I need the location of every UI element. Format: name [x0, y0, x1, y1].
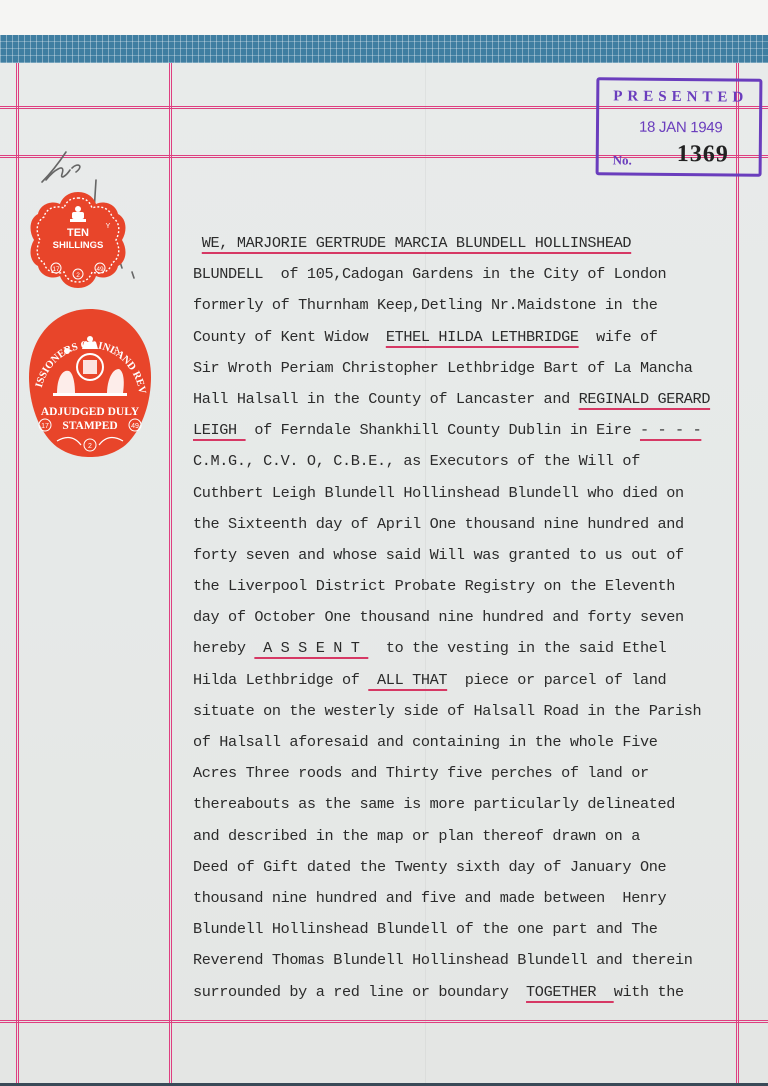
rule-line-left	[16, 63, 19, 1083]
body-line: the Liverpool District Probate Registry …	[193, 571, 738, 602]
body-text-segment: piece or parcel of land	[447, 671, 666, 689]
ten-shillings-revenue-stamp-icon: TEN SHILLINGS Y 17 2 49	[28, 190, 128, 290]
body-line: thereabouts as the same is more particul…	[193, 789, 738, 820]
underlined-term: TOGETHER	[526, 983, 614, 1001]
body-text-segment: wife of	[579, 328, 658, 346]
body-text-segment: C.M.G., C.V. O, C.B.E., as Executors of …	[193, 452, 640, 470]
blue-ruled-band	[0, 35, 768, 63]
underlined-term: WE, MARJORIE GERTRUDE MARCIA BLUNDELL HO…	[202, 234, 631, 252]
body-line: BLUNDELL of 105,Cadogan Gardens in the C…	[193, 259, 738, 290]
svg-text:17: 17	[52, 266, 60, 273]
body-text-segment: forty seven and whose said Will was gran…	[193, 546, 684, 564]
rule-line-margin	[169, 63, 172, 1083]
body-text-segment: of Halsall aforesaid and containing in t…	[193, 733, 658, 751]
stamp-number-label: No.	[613, 152, 632, 168]
body-text-segment: thousand nine hundred and five and made …	[193, 889, 666, 907]
svg-text:A: A	[114, 345, 121, 355]
deed-body-text: WE, MARJORIE GERTRUDE MARCIA BLUNDELL HO…	[193, 228, 738, 1008]
body-text-segment: Deed of Gift dated the Twenty sixth day …	[193, 858, 666, 876]
body-text-segment: Blundell Hollinshead Blundell of the one…	[193, 920, 658, 938]
underlined-term: A S S E N T	[254, 639, 368, 657]
stamp-title: PRESENTED	[613, 88, 748, 106]
svg-text:2: 2	[88, 443, 92, 450]
body-text-segment: the Sixteenth day of April One thousand …	[193, 515, 684, 533]
body-line: C.M.G., C.V. O, C.B.E., as Executors of …	[193, 446, 738, 477]
underlined-term: - - - -	[640, 421, 701, 439]
rule-line-bottom	[0, 1020, 768, 1023]
body-text-segment: with the	[614, 983, 684, 1001]
body-line: of Halsall aforesaid and containing in t…	[193, 727, 738, 758]
underlined-term: LEIGH	[193, 421, 246, 439]
body-text-segment: Hilda Lethbridge of	[193, 671, 368, 689]
body-line: formerly of Thurnham Keep,Detling Nr.Mai…	[193, 290, 738, 321]
body-line: Deed of Gift dated the Twenty sixth day …	[193, 852, 738, 883]
body-line: Hilda Lethbridge of ALL THAT piece or pa…	[193, 665, 738, 696]
body-line: WE, MARJORIE GERTRUDE MARCIA BLUNDELL HO…	[193, 228, 738, 259]
body-text-segment: Reverend Thomas Blundell Hollinshead Blu…	[193, 951, 693, 969]
body-text-segment: thereabouts as the same is more particul…	[193, 795, 675, 813]
body-line: situate on the westerly side of Halsall …	[193, 696, 738, 727]
stamp-number: 1369	[677, 141, 729, 168]
presented-stamp: PRESENTED 18 JAN 1949 No. 1369	[596, 77, 763, 176]
body-text-segment: and described in the map or plan thereof…	[193, 827, 640, 845]
body-text-segment: Hall Halsall in the County of Lancaster …	[193, 390, 579, 408]
body-line: Hall Halsall in the County of Lancaster …	[193, 384, 738, 415]
body-text-segment: the Liverpool District Probate Registry …	[193, 577, 675, 595]
body-line: surrounded by a red line or boundary TOG…	[193, 977, 738, 1008]
body-text-segment: BLUNDELL of 105,Cadogan Gardens in the C…	[193, 265, 666, 283]
body-line: Blundell Hollinshead Blundell of the one…	[193, 914, 738, 945]
body-text-segment: situate on the westerly side of Halsall …	[193, 702, 701, 720]
body-line: the Sixteenth day of April One thousand …	[193, 509, 738, 540]
body-text-segment: surrounded by a red line or boundary	[193, 983, 526, 1001]
body-text-segment: to the vesting in the said Ethel	[368, 639, 666, 657]
body-line: Sir Wroth Periam Christopher Lethbridge …	[193, 353, 738, 384]
body-text-segment: Sir Wroth Periam Christopher Lethbridge …	[193, 359, 693, 377]
body-text-segment	[193, 234, 202, 252]
body-line: hereby A S S E N T to the vesting in the…	[193, 633, 738, 664]
svg-text:Y: Y	[106, 223, 111, 230]
body-line: Reverend Thomas Blundell Hollinshead Blu…	[193, 945, 738, 976]
body-text-segment: day of October One thousand nine hundred…	[193, 608, 684, 626]
svg-text:2: 2	[76, 272, 80, 279]
body-line: and described in the map or plan thereof…	[193, 821, 738, 852]
body-text-segment: hereby	[193, 639, 254, 657]
body-line: LEIGH of Ferndale Shankhill County Dubli…	[193, 415, 738, 446]
body-line: Cuthbert Leigh Blundell Hollinshead Blun…	[193, 478, 738, 509]
svg-text:49: 49	[96, 266, 104, 273]
body-line: thousand nine hundred and five and made …	[193, 883, 738, 914]
body-line: day of October One thousand nine hundred…	[193, 602, 738, 633]
stamped-text: STAMPED	[62, 420, 117, 432]
body-text-segment: of Ferndale Shankhill County Dublin in E…	[246, 421, 640, 439]
stamp-date: 18 JAN 1949	[639, 119, 723, 137]
scan-background	[0, 0, 768, 36]
adjudged-duly-stamped-icon: COMMISSIONERS OF INLAND REVENUE A ADJUDG…	[27, 307, 153, 459]
body-line: forty seven and whose said Will was gran…	[193, 540, 738, 571]
body-text-segment: Cuthbert Leigh Blundell Hollinshead Blun…	[193, 484, 684, 502]
adjudged-duly-text: ADJUDGED DULY	[41, 406, 140, 418]
ten-text: TEN	[67, 227, 89, 239]
shillings-text: SHILLINGS	[53, 240, 104, 251]
underlined-term: ALL THAT	[368, 671, 447, 689]
svg-text:49: 49	[131, 423, 139, 430]
body-line: County of Kent Widow ETHEL HILDA LETHBRI…	[193, 322, 738, 353]
underlined-term: ETHEL HILDA LETHBRIDGE	[386, 328, 579, 346]
body-text-segment: formerly of Thurnham Keep,Detling Nr.Mai…	[193, 296, 658, 314]
body-text-segment: County of Kent Widow	[193, 328, 386, 346]
body-line: Acres Three roods and Thirty five perche…	[193, 758, 738, 789]
body-text-segment: Acres Three roods and Thirty five perche…	[193, 764, 649, 782]
underlined-term: REGINALD GERARD	[579, 390, 710, 408]
svg-text:17: 17	[41, 423, 49, 430]
